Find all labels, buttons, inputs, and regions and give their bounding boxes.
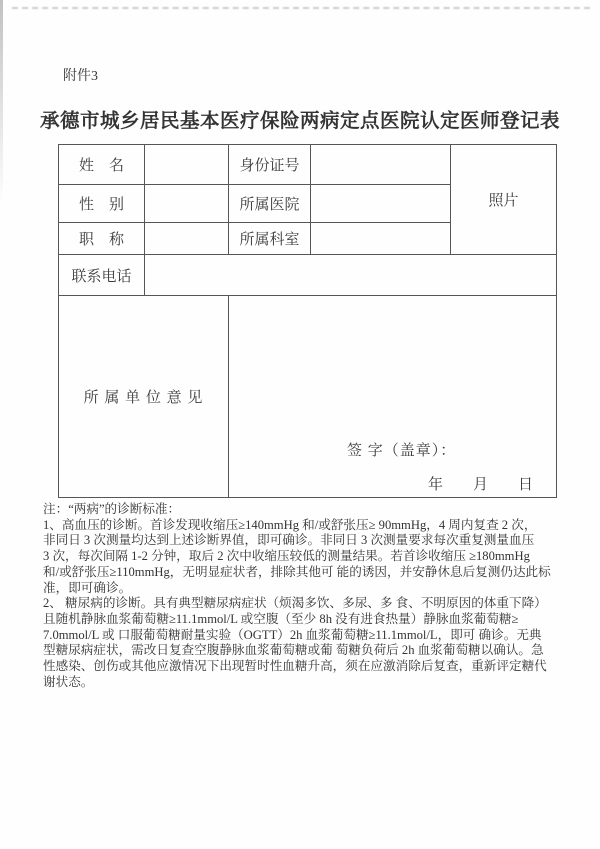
page-title: 承德市城乡居民基本医疗保险两病定点医院认定医师登记表 — [0, 105, 600, 133]
note-line: 性感染、创伤或其他应激情况下出现暂时性血糖升高，须在应激消除后复查，重新评定糖代 — [43, 659, 563, 675]
id-number-value-cell — [311, 145, 451, 185]
scan-artifact-top-edge — [12, 7, 590, 9]
notes-section: 注：“两病”的诊断标准： 1、高血压的诊断。首诊发现收缩压≥140mmHg 和/… — [43, 502, 563, 690]
scan-artifact-left-edge — [0, 0, 3, 205]
scanned-form-page: 附件3 承德市城乡居民基本医疗保险两病定点医院认定医师登记表 姓 名 身份证号 … — [0, 0, 600, 849]
name-label: 姓 名 — [59, 145, 145, 185]
job-title-value-cell — [145, 223, 229, 255]
gender-label: 性 别 — [59, 185, 145, 223]
table-row: 所 属 单 位 意 见 签 字（盖章）： 年 月 日 — [59, 296, 557, 498]
note-line: 谢状态。 — [43, 675, 563, 691]
table-row: 姓 名 身份证号 照片 — [59, 145, 557, 185]
attachment-label: 附件3 — [63, 68, 98, 86]
note-line: 2、 糖尿病的诊断。具有典型糖尿病症状（烦渴多饮、多尿、多 食、不明原因的体重下… — [43, 596, 563, 612]
note-line: 3 次，每次间隔 1-2 分钟，取后 2 次中收缩压较低的测量结果。若首诊收缩压… — [43, 549, 563, 565]
department-label: 所属科室 — [229, 223, 311, 255]
department-value-cell — [311, 223, 451, 255]
signature-seal-label: 签 字（盖章）： — [347, 443, 456, 459]
hospital-label: 所属医院 — [229, 185, 311, 223]
note-line: 和/或舒张压≥110mmHg，无明显症状者，排除其他可 能的诱因，并安静休息后复… — [43, 565, 563, 581]
note-line: 且随机静脉血浆葡萄糖≥11.1mmol/L 或空腹（至少 8h 没有进食热量）静… — [43, 612, 563, 628]
contact-phone-value-cell — [145, 255, 557, 296]
unit-opinion-label: 所 属 单 位 意 见 — [59, 296, 229, 498]
job-title-label: 职 称 — [59, 223, 145, 255]
date-label: 年 月 日 — [428, 477, 533, 493]
gender-value-cell — [145, 185, 229, 223]
id-number-label: 身份证号 — [229, 145, 311, 185]
name-value-cell — [145, 145, 229, 185]
note-line: 1、高血压的诊断。首诊发现收缩压≥140mmHg 和/或舒张压≥ 90mmHg，… — [43, 518, 563, 534]
note-line: 7.0mmol/L 或 口服葡萄糖耐量实验（OGTT）2h 血浆葡萄糖≥11.1… — [43, 628, 563, 644]
hospital-value-cell — [311, 185, 451, 223]
table-row: 联系电话 — [59, 255, 557, 296]
contact-phone-label: 联系电话 — [59, 255, 145, 296]
registration-form-table: 姓 名 身份证号 照片 性 别 所属医院 职 称 所属科室 联系电话 — [58, 144, 557, 498]
note-line: 注：“两病”的诊断标准： — [43, 502, 563, 518]
note-line: 非同日 3 次测量均达到上述诊断界值，即可确诊。非同日 3 次测量要求每次重复测… — [43, 533, 563, 549]
note-line: 型糖尿病症状，需改日复查空腹静脉血浆葡萄糖或葡 萄糖负荷后 2h 血浆葡萄糖以确… — [43, 643, 563, 659]
unit-opinion-area: 签 字（盖章）： 年 月 日 — [229, 296, 557, 498]
photo-box: 照片 — [451, 145, 557, 255]
note-line: 准，即可确诊。 — [43, 581, 563, 597]
